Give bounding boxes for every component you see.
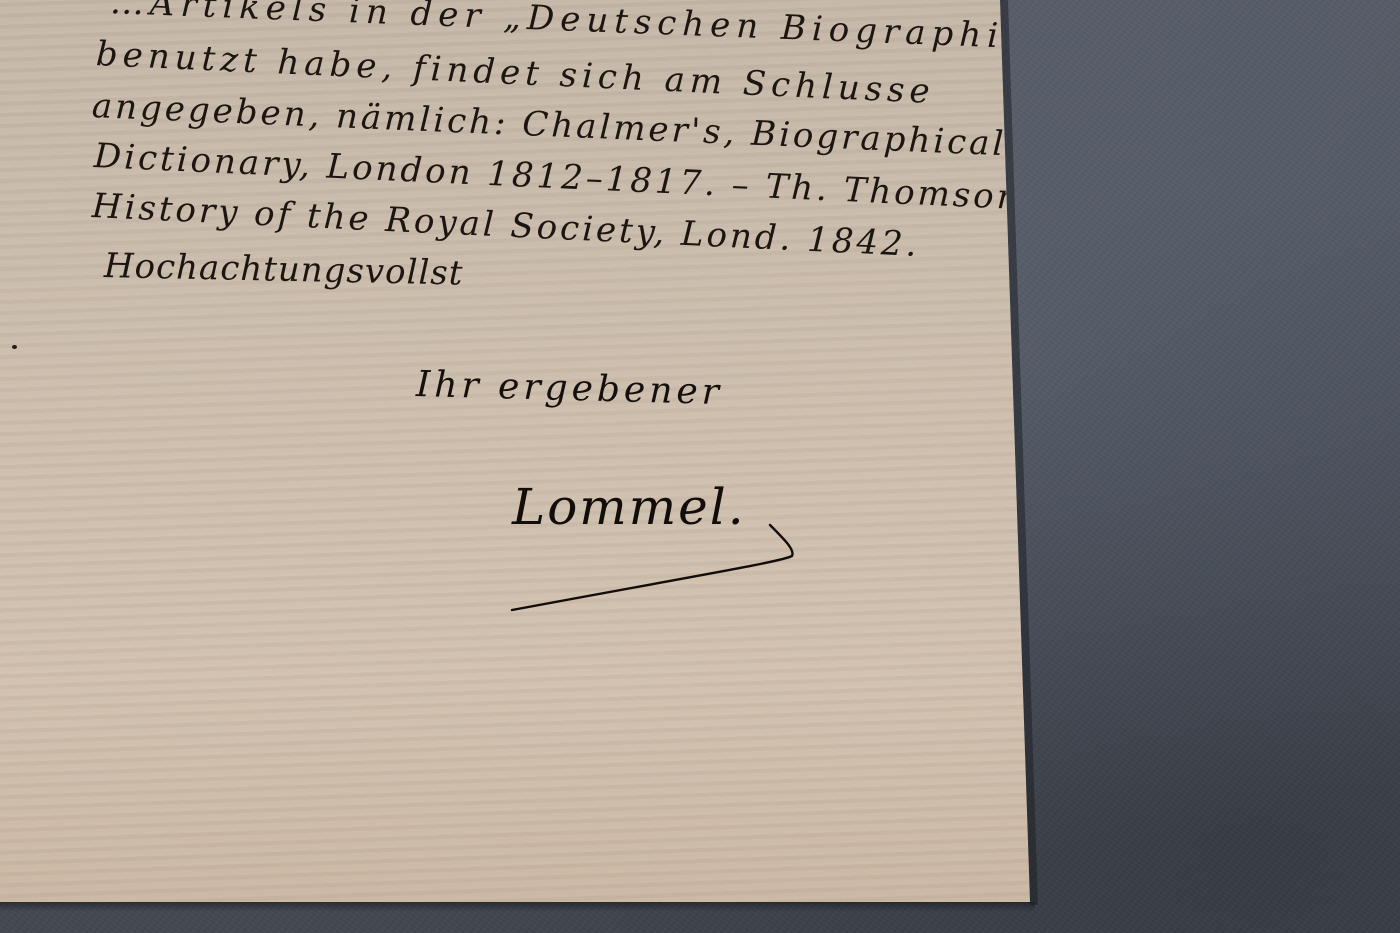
signature-flourish-icon [500,520,820,620]
letter-line-greeting: Hochachtungsvollst [104,246,464,294]
letter-closing: Ihr ergebener [416,364,724,413]
paper-bottom-shadow [0,902,1035,912]
letter-page: …Artikels in der „Deutschen Biographie“ … [0,0,1030,902]
ink-speck [12,345,17,349]
